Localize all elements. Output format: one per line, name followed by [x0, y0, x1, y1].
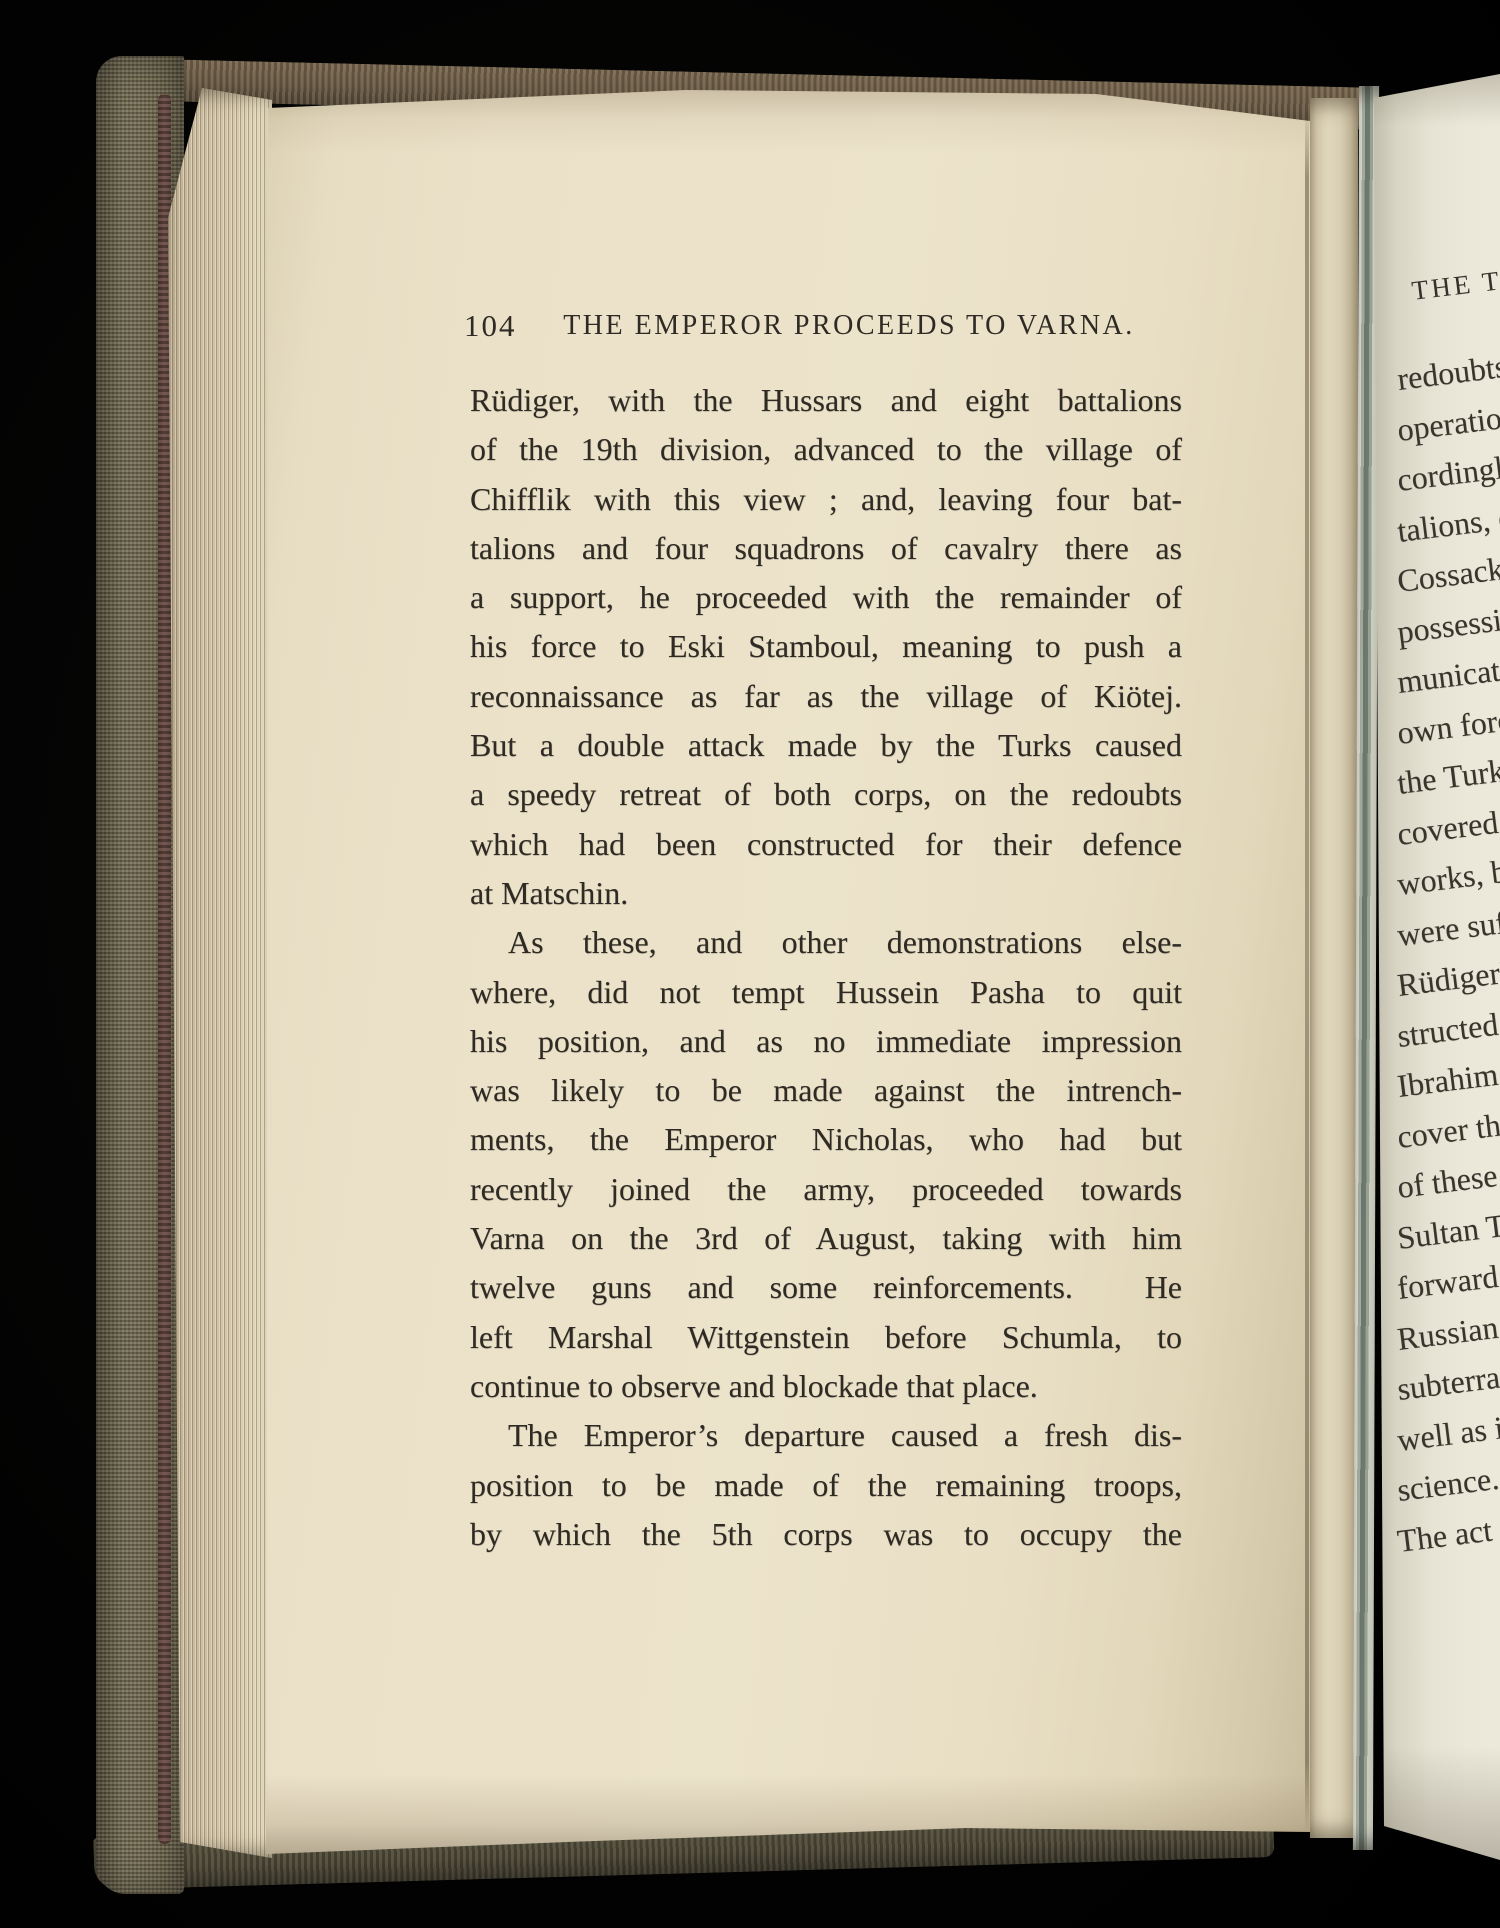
text-line: at Matschin. [470, 869, 1182, 918]
text-line: left Marshal Wittgenstein before Schumla… [470, 1313, 1182, 1362]
text-line: reconnaissance as far as the village of … [470, 672, 1182, 721]
text-line: where, did not tempt Hussein Pasha to qu… [470, 968, 1182, 1017]
text-line: But a double attack made by the Turks ca… [470, 721, 1182, 770]
text-line: ments, the Emperor Nicholas, who had but [470, 1115, 1182, 1164]
text-line: Varna on the 3rd of August, taking with … [470, 1214, 1182, 1263]
left-page: 104 THE EMPEROR PROCEEDS TO VARNA. Rüdig… [266, 84, 1318, 1856]
text-line: his force to Eski Stamboul, meaning to p… [470, 622, 1182, 671]
text-line: of the 19th division, advanced to the vi… [470, 425, 1182, 474]
text-line: Rüdiger, with the Hussars and eight batt… [470, 376, 1182, 425]
text-line: talions and four squadrons of cavalry th… [470, 524, 1182, 573]
text-line: twelve guns and some reinforcements. He [470, 1263, 1182, 1312]
right-text-line: redoubts, [1394, 318, 1500, 405]
body-text: Rüdiger, with the Hussars and eight batt… [470, 376, 1182, 1559]
text-line: continue to observe and blockade that pl… [470, 1362, 1182, 1411]
text-line: was likely to be made against the intren… [470, 1066, 1182, 1115]
text-line: a support, he proceeded with the remaind… [470, 573, 1182, 622]
text-line: his position, and as no immediate impres… [470, 1017, 1182, 1066]
text-line: Chifflik with this view ; and, leaving f… [470, 475, 1182, 524]
right-running-title: THE TUR [1410, 260, 1500, 307]
text-line: recently joined the army, proceeded towa… [470, 1165, 1182, 1214]
right-page-text: redoubts,operationscordinglytalions, eiC… [1398, 354, 1500, 1566]
photo-background: 104 THE EMPEROR PROCEEDS TO VARNA. Rüdig… [0, 0, 1500, 1928]
gutter-fold [1310, 98, 1358, 1838]
text-line: As these, and other demonstrations else- [470, 918, 1182, 967]
running-title: THE EMPEROR PROCEEDS TO VARNA. [464, 310, 1176, 342]
text-line: The Emperor’s departure caused a fresh d… [470, 1411, 1182, 1460]
page-header: 104 THE EMPEROR PROCEEDS TO VARNA. [464, 308, 1176, 350]
text-line: by which the 5th corps was to occupy the [470, 1510, 1182, 1559]
text-line: which had been constructed for their def… [470, 820, 1182, 869]
right-page: THE TUR redoubts,operationscordinglytali… [1374, 66, 1500, 1860]
gutter-crease [1305, 108, 1309, 1832]
page-block-fore-edge [168, 88, 272, 1858]
text-line: position to be made of the remaining tro… [470, 1461, 1182, 1510]
text-line: a speedy retreat of both corps, on the r… [470, 770, 1182, 819]
